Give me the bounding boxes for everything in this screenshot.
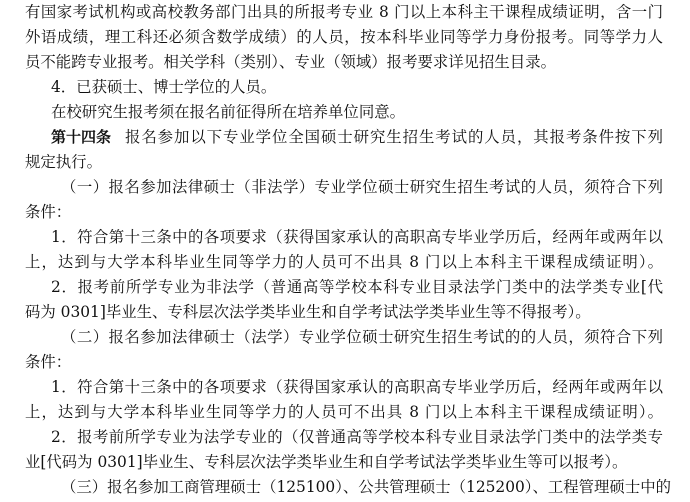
- article-14-line: 第十四条 报名参加以下专业学位全国硕士研究生招生考试的人员，其报考条件按下列: [51, 125, 663, 150]
- text-line: 报名参加以下专业学位全国硕士研究生招生考试的人员，其报考条件按下列: [125, 125, 663, 150]
- list-item-2: 2．报考前所学专业为法学专业的（仅普通高等学校本科专业目录法学门类中的法学类专: [51, 425, 663, 450]
- section-heading-2: （二）报名参加法律硕士（法学）专业学位硕士研究生招生考试的的人员，须符合下列: [61, 325, 663, 350]
- text-line: 有国家考试机构或高校教务部门出具的所报考专业 8 门以上本科主干课程成绩证明，含…: [25, 0, 663, 25]
- text-line: 上，达到与大学本科毕业生同等学力的人员可不出具 8 门以上本科主干课程成绩证明）…: [25, 250, 663, 275]
- text-line: 条件：: [25, 350, 71, 375]
- list-item-1: 1．符合第十三条中的各项要求（获得国家承认的高职高专毕业学历后，经两年或两年以: [51, 225, 663, 250]
- text-line: 业[代码为 0301]毕业生、专科层次法学类毕业生和自学考试法学类毕业生等可以报…: [25, 450, 627, 475]
- section-heading-3: （三）报名参加工商管理硕士（125100）、公共管理硕士（125200）、工程管…: [61, 475, 663, 500]
- paragraph-note: 在校研究生报考须在报名前征得所在培养单位同意。: [51, 100, 405, 125]
- list-item-2: 2．报考前所学专业为非法学（普通高等学校本科专业目录法学门类中的法学类专业[代: [51, 275, 663, 300]
- section-heading-1: （一）报名参加法律硕士（非法学）专业学位硕士研究生招生考试的人员，须符合下列: [61, 175, 663, 200]
- text-line: 规定执行。: [25, 150, 102, 175]
- article-heading: 第十四条: [51, 125, 111, 150]
- text-line: 员不能跨专业报考。相关学科（类别）、专业（领域）报考要求详见招生目录。: [25, 50, 556, 75]
- text-line: 上，达到与大学本科毕业生同等学力的人员可不出具 8 门以上本科主干课程成绩证明）…: [25, 400, 663, 425]
- text-line: 条件：: [25, 200, 71, 225]
- list-item-1: 1．符合第十三条中的各项要求（获得国家承认的高职高专毕业学历后，经两年或两年以: [51, 375, 663, 400]
- text-line: 码为 0301]毕业生、专科层次法学类毕业生和自学考试法学类毕业生等不得报考）。: [25, 300, 591, 325]
- list-item-4: 4．已获硕士、博士学位的人员。: [51, 75, 276, 100]
- text-line: 外语成绩，理工科还必须含数学成绩）的人员，按本科毕业同等学力身份报考。同等学力人: [25, 25, 663, 50]
